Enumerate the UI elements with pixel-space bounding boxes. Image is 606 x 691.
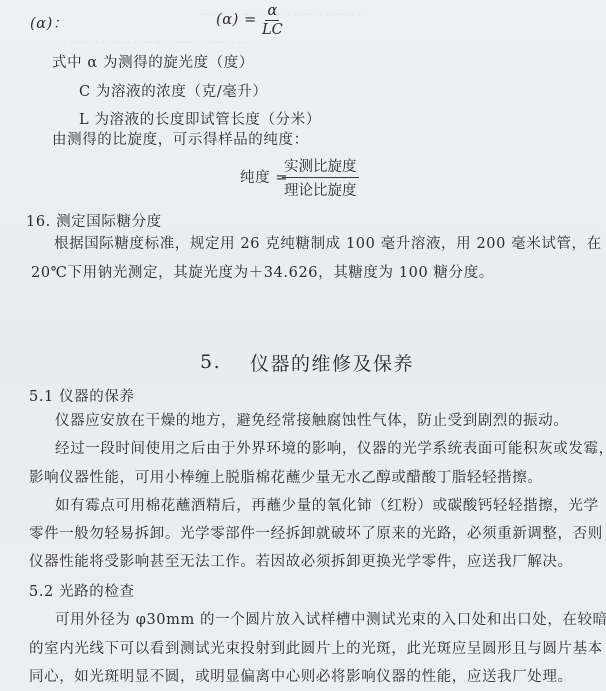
section-5-1-para-2-line-2: 影响仪器性能，可用小棒缠上脱脂棉花蘸少量无水乙醇或醋酸丁脂轻轻揩擦。 [29, 466, 542, 487]
purity-lhs: 纯度 = [240, 166, 288, 187]
chapter-title: 仪器的维修及保养 [250, 349, 414, 376]
section-5-1-heading: 5.1 仪器的保养 [29, 385, 135, 406]
formula-fraction: α LC [262, 3, 283, 38]
section-16-line-2: 20℃下用钠光测定，其旋光度为＋34.626，其糖度为 100 糖分度。 [31, 261, 494, 282]
purity-denominator: 理论比旋度 [284, 178, 357, 200]
section-5-2-line-2: 的室内光线下可以看到测试光束投射到此圆片上的光斑，此光斑应呈圆形且与圆片基本 [29, 637, 603, 658]
chapter-number: 5. [200, 351, 221, 373]
formula-lhs: (α) = [216, 12, 257, 28]
scanned-page: ·· ·· ·· ·· ·· ·· ·· ·· ·· ·· ·· ·· ·· ·… [0, 0, 606, 691]
purity-intro: 由测得的比旋度，可示得样品的纯度： [52, 128, 309, 149]
section-5-2-heading: 5.2 光路的检查 [29, 580, 135, 601]
purity-fraction: 实测比旋度 理论比旋度 [282, 155, 359, 200]
section-5-2-line-1: 可用外径为 φ30mm 的一个圆片放入试样槽中测试光束的入口处和出口处，在较暗 [55, 608, 606, 629]
definition-l: L 为溶液的长度即试管长度（分米） [79, 108, 321, 129]
section-5-1-para-1: 仪器应安放在干燥的地方，避免经常接触腐蚀性气体，防止受到剧烈的振动。 [55, 409, 568, 430]
section-16-heading: 16. 测定国际糖分度 [26, 210, 162, 231]
purity-numerator: 实测比旋度 [282, 155, 359, 178]
formula-numerator: α [265, 3, 279, 21]
section-5-1-para-2-line-1: 经过一段时间使用之后由于外界环境的影响，仪器的光学系统表面可能积灰或发霉， [55, 437, 606, 458]
section-5-1-para-3-line-3: 仪器性能将受影响甚至无法工作。若因故必须拆卸更换光学零件，应送我厂解决。 [29, 550, 573, 571]
bleed-through-text: ·· ·· ·· ·· ·· ·· ·· ·· ·· ·· ·· ·· ·· ·… [60, 36, 245, 49]
formula-label: (α)： [30, 12, 68, 33]
section-5-1-para-3-line-2: 零件一般勿轻易拆卸。光学零部件一经拆卸就破坏了原来的光路，必须重新调整，否则 [29, 522, 603, 543]
definition-c: C 为溶液的浓度（克/毫升） [79, 80, 268, 101]
section-16-line-1: 根据国际糖度标准，规定用 26 克纯糖制成 100 毫升溶液，用 200 毫米试… [54, 232, 602, 253]
section-5-1-para-3-line-1: 如有霉点可用棉花蘸酒精后，再蘸少量的氧化铈（红粉）或碳酸钙轻轻揩擦，光学 [55, 494, 599, 515]
definition-alpha: 式中 α 为测得的旋光度（度） [52, 51, 254, 72]
section-5-2-line-3: 同心，如光斑明显不圆，或明显偏离中心则必将影响仪器的性能，应送我厂处理。 [29, 665, 573, 686]
formula-denominator: LC [262, 21, 283, 38]
